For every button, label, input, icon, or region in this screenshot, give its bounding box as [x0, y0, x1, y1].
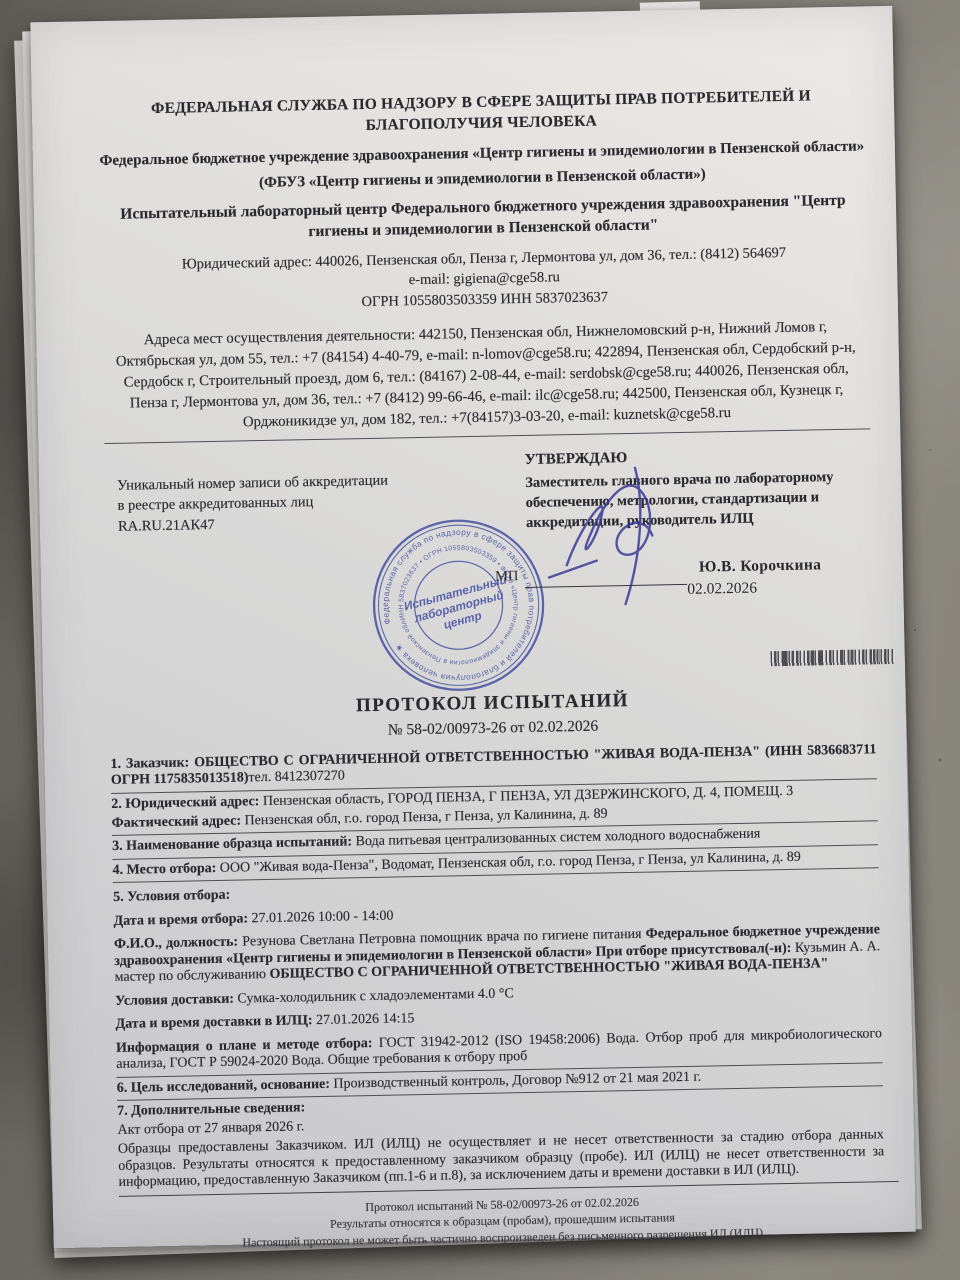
letterhead: ФЕДЕРАЛЬНАЯ СЛУЖБА ПО НАДЗОРУ В СФЕРЕ ЗА…: [98, 84, 870, 443]
delivery-datetime: 27.01.2026 14:15: [316, 1011, 415, 1028]
customer-phone: тел. 8412307270: [248, 769, 345, 786]
protocol-items: 1. Заказчик: ОБЩЕСТВО С ОГРАНИЧЕННОЙ ОТВ…: [110, 742, 884, 1197]
page-footer: Протокол испытаний № 58-02/00973-26 от 0…: [119, 1189, 886, 1253]
delivery-conditions: Сумка-холодильник с хладоэлементами 4.0 …: [237, 986, 514, 1006]
item-label: Дата и время доставки в ИЛЦ:: [115, 1013, 312, 1032]
customer-name: ОБЩЕСТВО С ОГРАНИЧЕННОЙ ОТВЕТСТВЕННОСТЬЮ…: [111, 742, 877, 788]
item-label: 5. Условия отбора:: [113, 888, 230, 905]
sampling-datetime: 27.01.2026 10:00 - 14:00: [251, 908, 393, 926]
item-sampling-conditions: 5. Условия отбора: Дата и время отбора: …: [113, 875, 882, 1073]
sampling-place: ООО "Живая вода-Пенза", Водомат, Пензенс…: [220, 849, 801, 875]
lab-center-name: Испытательный лабораторный центр Федерал…: [100, 190, 867, 247]
accreditation-block: Уникальный номер записи об аккредитации …: [117, 469, 428, 537]
item-customer: 1. Заказчик: ОБЩЕСТВО С ОГРАНИЧЕННОЙ ОТВ…: [110, 742, 876, 790]
mp-seal-label: МП: [495, 568, 519, 585]
item-label: 7. Дополнительные сведения:: [117, 1101, 305, 1120]
photo-background: ФЕДЕРАЛЬНАЯ СЛУЖБА ПО НАДЗОРУ В СФЕРЕ ЗА…: [0, 0, 960, 1280]
item-label: 4. Место отбора:: [112, 861, 216, 878]
item-additional-info: 7. Дополнительные сведения: Акт отбора о…: [117, 1090, 885, 1192]
item-label: 2. Юридический адрес:: [111, 794, 259, 812]
activity-addresses: Адреса мест осуществления деятельности: …: [102, 316, 870, 436]
item-label: Условия доставки:: [115, 991, 234, 1008]
legal-address-block: Юридический адрес: 440026, Пензенская об…: [101, 241, 868, 317]
item-label: Дата и время отбора:: [113, 911, 248, 929]
item-label: 6. Цель исследований, основание:: [117, 1077, 330, 1096]
approver-name: Ю.В. Корочкина: [699, 556, 822, 576]
agency-name: ФЕДЕРАЛЬНАЯ СЛУЖБА ПО НАДЗОРУ В СФЕРЕ ЗА…: [98, 84, 865, 141]
item-label: 1. Заказчик:: [110, 755, 189, 772]
approval-zone: Уникальный номер записи об аккредитации …: [105, 437, 876, 696]
item-label: Ф.И.О., должность:: [114, 935, 238, 952]
item-label: 3. Наименование образца испытаний:: [112, 835, 352, 855]
approval-date: 02.02.2026: [687, 579, 757, 598]
document-page: ФЕДЕРАЛЬНАЯ СЛУЖБА ПО НАДЗОРУ В СФЕРЕ ЗА…: [30, 6, 915, 1248]
barcode-icon: [771, 648, 895, 665]
research-purpose: Производственный контроль, Договор №912 …: [333, 1070, 701, 1092]
document-content: ФЕДЕРАЛЬНАЯ СЛУЖБА ПО НАДЗОРУ В СФЕРЕ ЗА…: [30, 6, 916, 1255]
item-label: Фактический адрес:: [112, 813, 242, 830]
handwritten-signature: [535, 454, 708, 617]
